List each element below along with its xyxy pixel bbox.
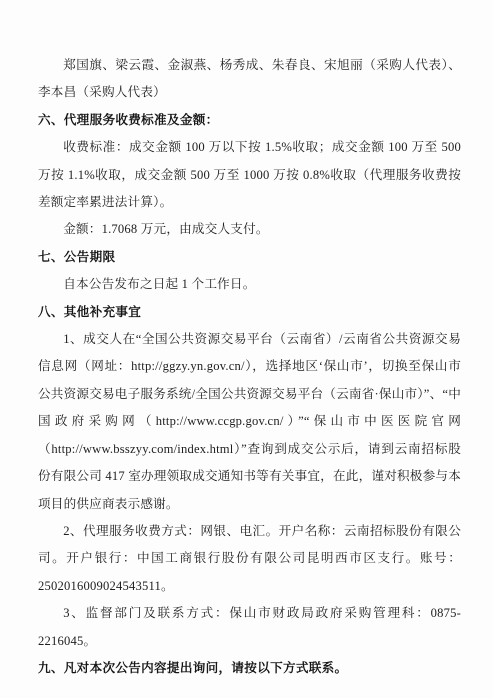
supplementary-item-1-paragraph: 1、成交人在“全国公共资源交易平台（云南省）/云南省公共资源交易信息网（网址：h… (38, 326, 461, 518)
section-7-heading: 七、公告期限 (38, 244, 461, 271)
section-8-heading: 八、其他补充事宜 (38, 299, 461, 326)
committee-members-paragraph: 郑国旗、梁云霞、金淑燕、杨秀成、朱春良、宋旭丽（采购人代表）、李本昌（采购人代表… (38, 52, 461, 107)
supplementary-item-2-paragraph: 2、代理服务收费方式：网银、电汇。开户名称：云南招标股份有限公司。开户银行：中国… (38, 518, 461, 600)
document-page: 郑国旗、梁云霞、金淑燕、杨秀成、朱春良、宋旭丽（采购人代表）、李本昌（采购人代表… (0, 0, 493, 698)
fee-standard-paragraph: 收费标准：成交金额 100 万以下按 1.5%收取；成交金额 100 万至 50… (38, 134, 461, 216)
supplementary-item-3-paragraph: 3、监督部门及联系方式：保山市财政局政府采购管理科：0875-2216045。 (38, 600, 461, 655)
section-9-heading: 九、凡对本次公告内容提出询问，请按以下方式联系。 (38, 655, 461, 682)
section-6-heading: 六、代理服务收费标准及金额： (38, 107, 461, 134)
fee-amount-paragraph: 金额：1.7068 万元，由成交人支付。 (38, 216, 461, 243)
announcement-period-paragraph: 自本公告发布之日起 1 个工作日。 (38, 271, 461, 298)
